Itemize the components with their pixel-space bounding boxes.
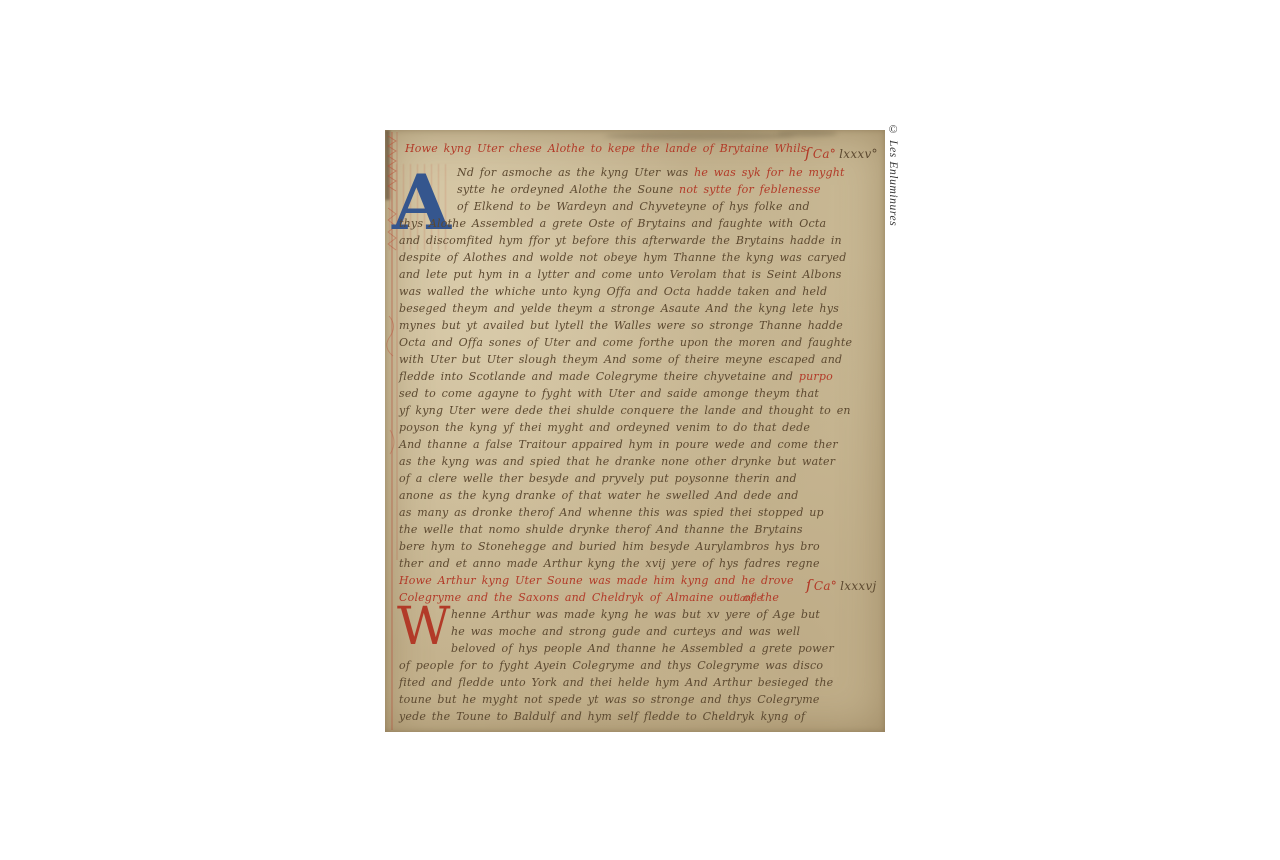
manuscript-text-line: beloved of hys people And thanne he Asse… (451, 642, 834, 655)
manuscript-text-line: henne Arthur was made kyng he was but xv… (451, 608, 820, 621)
rubric-correction-word: lande (737, 594, 762, 604)
chapter-abbrev: Ca° (813, 147, 836, 161)
manuscript-text-line: And thanne a false Traitour appaired hym… (399, 438, 838, 451)
manuscript-text-line: was walled the whiche unto kyng Offa and… (399, 285, 827, 298)
paraph-mark-icon: ſ (805, 144, 811, 162)
manuscript-text-line: Nd for asmoche as the kyng Uter was he w… (457, 166, 845, 179)
manuscript-text-line: as the kyng was and spied that he dranke… (399, 455, 835, 468)
chapter-margin-note: ſCa°lxxxv° (805, 144, 878, 162)
chapter-number: lxxxvj (840, 579, 876, 593)
manuscript-text-line: anone as the kyng dranke of that water h… (399, 489, 799, 502)
manuscript-text-line: and lete put hym in a lytter and come un… (399, 268, 842, 281)
manuscript-text-line: of Elkend to be Wardeyn and Chyveteyne o… (457, 200, 810, 213)
manuscript-text-line: thys Alothe Assembled a grete Oste of Br… (399, 217, 826, 230)
manuscript-text-line: sytte he ordeyned Alothe the Soune not s… (457, 183, 821, 196)
manuscript-text-line: despite of Alothes and wolde not obeye h… (399, 251, 846, 264)
manuscript-text-line: fited and fledde unto York and thei held… (399, 676, 833, 689)
paraph-mark-icon: ſ (806, 576, 812, 594)
manuscript-text-line: yede the Toune to Baldulf and hym self f… (399, 710, 805, 723)
manuscript-text-line: as many as dronke therof And whenne this… (399, 506, 824, 519)
manuscript-text-line: poyson the kyng yf thei myght and ordeyn… (399, 421, 810, 434)
page-canvas: { "page": { "background": "#ffffff", "cr… (0, 0, 1280, 860)
copyright-credit: © Les Enluminures (887, 124, 899, 226)
chapter-number: lxxxv° (839, 147, 878, 161)
manuscript-text-line: fledde into Scotlande and made Colegryme… (399, 370, 833, 383)
manuscript-photo: A W Howe kyng Uter chese Alothe to kepe … (385, 130, 885, 732)
manuscript-text-line: of people for to fyght Ayein Colegryme a… (399, 659, 823, 672)
manuscript-text-block: Howe kyng Uter chese Alothe to kepe the … (385, 130, 885, 732)
manuscript-text-line: the welle that nomo shulde drynke therof… (399, 523, 803, 536)
manuscript-text-line: mynes but yt availed but lytell the Wall… (399, 319, 843, 332)
manuscript-text-line: ther and et anno made Arthur kyng the xv… (399, 557, 820, 570)
manuscript-text-line: with Uter but Uter slough theym And some… (399, 353, 842, 366)
manuscript-text-line: sed to come agayne to fyght with Uter an… (399, 387, 819, 400)
chapter-abbrev: Ca° (814, 579, 837, 593)
manuscript-text-line: yf kyng Uter were dede thei shulde conqu… (399, 404, 851, 417)
manuscript-text-line: he was moche and strong gude and curteys… (451, 625, 800, 638)
chapter-margin-note: ſCa°lxxxvj (806, 576, 877, 594)
manuscript-text-line: Colegryme and the Saxons and Cheldryk of… (399, 591, 779, 604)
manuscript-text-line: and discomfited hym ffor yt before this … (399, 234, 842, 247)
manuscript-text-line: Howe kyng Uter chese Alothe to kepe the … (405, 142, 807, 155)
manuscript-text-line: bere hym to Stonehegge and buried him be… (399, 540, 820, 553)
manuscript-text-line: Howe Arthur kyng Uter Soune was made him… (399, 574, 794, 587)
manuscript-text-line: of a clere welle ther besyde and pryvely… (399, 472, 797, 485)
manuscript-text-line: beseged theym and yelde theym a stronge … (399, 302, 839, 315)
manuscript-text-line: toune but he myght not spede yt was so s… (399, 693, 820, 706)
manuscript-text-line: Octa and Offa sones of Uter and come for… (399, 336, 852, 349)
